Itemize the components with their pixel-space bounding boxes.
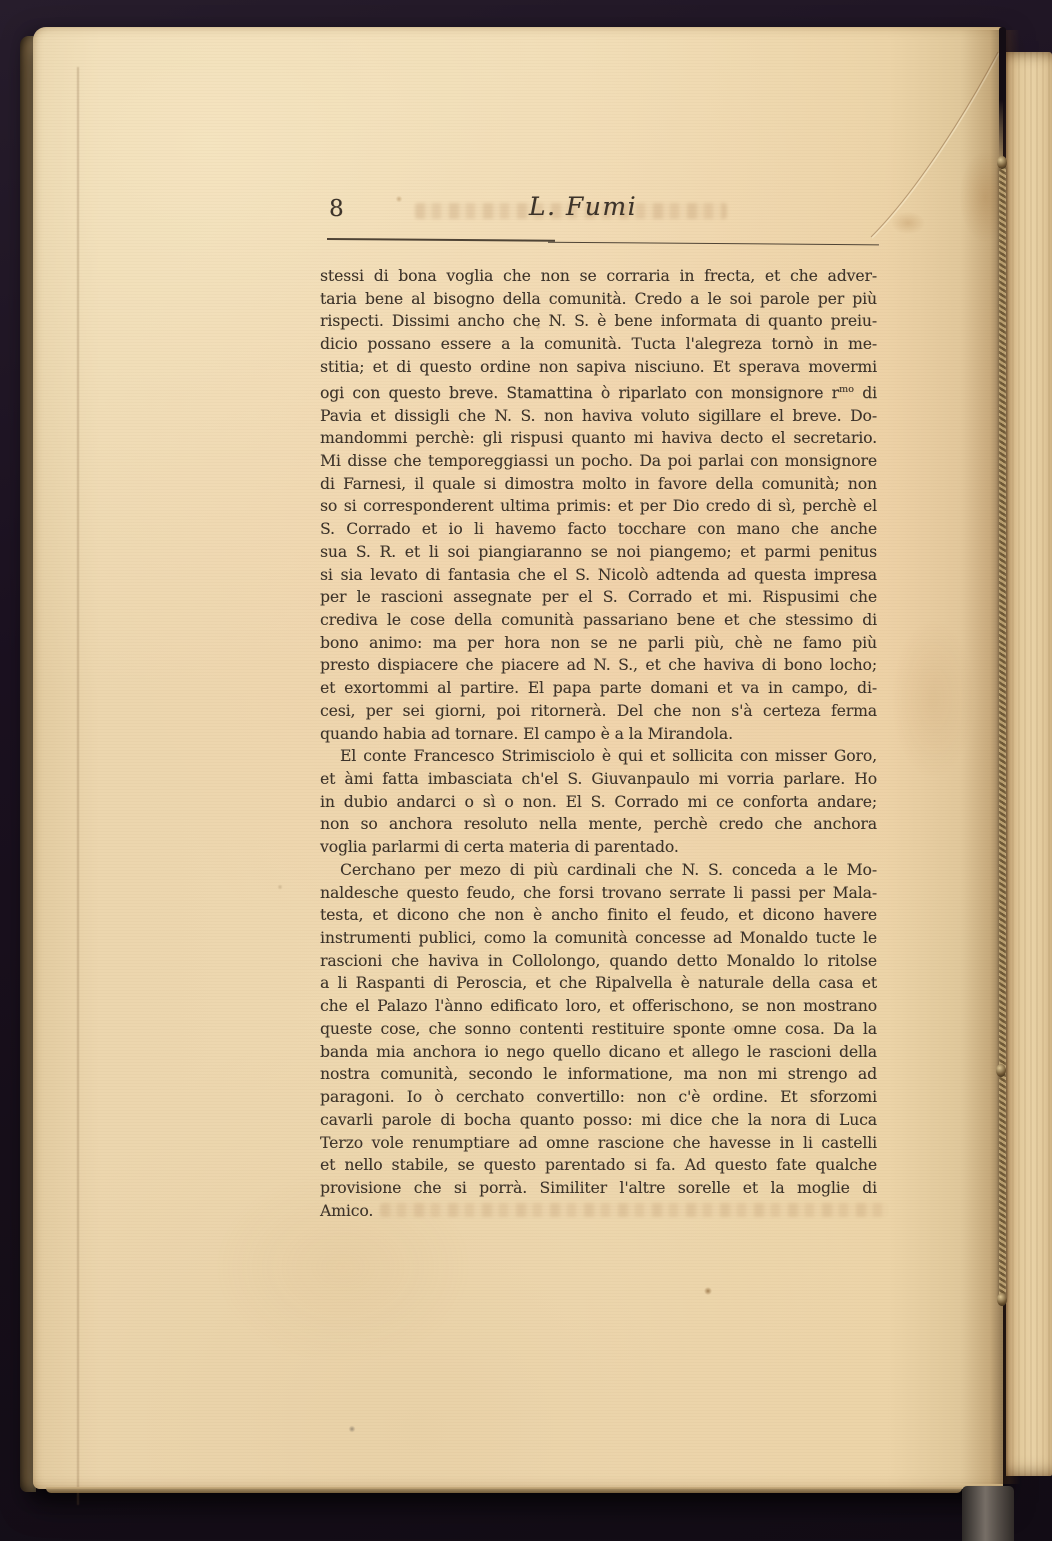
text-line: paragoni. Io ò cerchato convertillo: non…	[320, 1086, 877, 1109]
text-line: quando habia ad tornare. El campo è a la…	[320, 723, 877, 746]
page-bottom-edge	[46, 1487, 962, 1493]
header-rule	[327, 238, 879, 246]
page-number: 8	[329, 196, 344, 222]
text-line: stessi di bona voglia che non se corrari…	[320, 265, 877, 288]
text-line: si sia levato di fantasia che el S. Nico…	[320, 564, 877, 587]
text-line: mandommi perchè: gli rispusi quanto mi h…	[320, 427, 877, 450]
text-line: stitia; et di questo ordine non sapiva n…	[320, 356, 877, 379]
text-line: et exortommi al partire. El papa parte d…	[320, 677, 877, 700]
gutter-slit	[999, 27, 1006, 159]
text-line: Amico.	[320, 1200, 877, 1223]
book-scan: 8 L. Fumi stessi di bona voglia che non …	[0, 0, 1052, 1541]
paragraph: stessi di bona voglia che non se corrari…	[320, 265, 877, 745]
text-line: Pavia et dissigli che N. S. non haviva v…	[320, 405, 877, 428]
spine-fragment	[962, 1486, 1014, 1541]
text-line: di Farnesi, il quale si dimostra molto i…	[320, 473, 877, 496]
text-line: per le rascioni assegnate per el S. Corr…	[320, 586, 877, 609]
stitch-hole	[996, 1064, 1006, 1077]
text-line: crediva le cose della comunità passarian…	[320, 609, 877, 632]
text-line: provisione che si porrà. Similiter l'alt…	[320, 1177, 877, 1200]
text-line: che el Palazo l'ànno edificato loro, et …	[320, 995, 877, 1018]
text-line: a li Raspanti di Peroscia, et che Ripalv…	[320, 972, 877, 995]
text-line: dicio possano essere a la comunità. Tuct…	[320, 333, 877, 356]
text-line: ogi con questo breve. Stamattina ò ripar…	[320, 379, 877, 405]
stitch-hole	[997, 156, 1007, 169]
text-line: S. Corrado et io li havemo facto tocchar…	[320, 518, 877, 541]
text-line: rispecti. Dissimi ancho che N. S. è bene…	[320, 310, 877, 333]
text-line: et àmi fatta imbasciata ch'el S. Giuvanp…	[320, 768, 877, 791]
fold-crease	[77, 67, 79, 1505]
text-line: Mi disse che temporeggiassi un pocho. Da…	[320, 450, 877, 473]
text-line: banda mia anchora io nego quello dicano …	[320, 1041, 877, 1064]
text-line: El conte Francesco Strimisciolo è qui et…	[320, 745, 877, 768]
facing-page-edge	[1006, 52, 1052, 1476]
book-page: 8 L. Fumi stessi di bona voglia che non …	[33, 27, 1003, 1489]
stitch-hole	[997, 1293, 1007, 1306]
body-text: stessi di bona voglia che non se corrari…	[320, 265, 877, 1222]
text-line: naldesche questo feudo, che forsi trovan…	[320, 882, 877, 905]
running-title: L. Fumi	[471, 192, 695, 221]
header-rule-segment	[548, 241, 879, 245]
header-rule-segment	[327, 238, 555, 241]
text-line: taria bene al bisogno della comunità. Cr…	[320, 288, 877, 311]
text-line: so si corresponderent ultima primis: et …	[320, 495, 877, 518]
text-line: bono animo: ma per hora non se ne parli …	[320, 632, 877, 655]
text-line: et nello stabile, se questo parentado si…	[320, 1154, 877, 1177]
text-line: voglia parlarmi di certa materia di pare…	[320, 836, 877, 859]
text-line: queste cose, che sonno contenti restitui…	[320, 1018, 877, 1041]
text-line: nostra comunità, secondo le informatione…	[320, 1063, 877, 1086]
text-line: instrumenti publici, como la comunità co…	[320, 927, 877, 950]
binding-thread	[999, 165, 1006, 1300]
text-line: sua S. R. et li soi piangiaranno se noi …	[320, 541, 877, 564]
text-line: rascioni che haviva in Collolongo, quand…	[320, 950, 877, 973]
text-line: non so anchora resoluto nella mente, per…	[320, 813, 877, 836]
text-line: testa, et dicono che non è ancho finito …	[320, 904, 877, 927]
paragraph: Cerchano per mezo di più cardinali che N…	[320, 859, 877, 1223]
text-line: in dubio andarci o sì o non. El S. Corra…	[320, 791, 877, 814]
text-line: cavarli parole di bocha quanto posso: mi…	[320, 1109, 877, 1132]
text-line: Terzo vole renumptiare ad omne rascione …	[320, 1132, 877, 1155]
text-line: Cerchano per mezo di più cardinali che N…	[320, 859, 877, 882]
text-line: cesi, per sei giorni, poi ritornerà. Del…	[320, 700, 877, 723]
paragraph: El conte Francesco Strimisciolo è qui et…	[320, 745, 877, 859]
text-line: presto dispiacere che piacere ad N. S., …	[320, 654, 877, 677]
